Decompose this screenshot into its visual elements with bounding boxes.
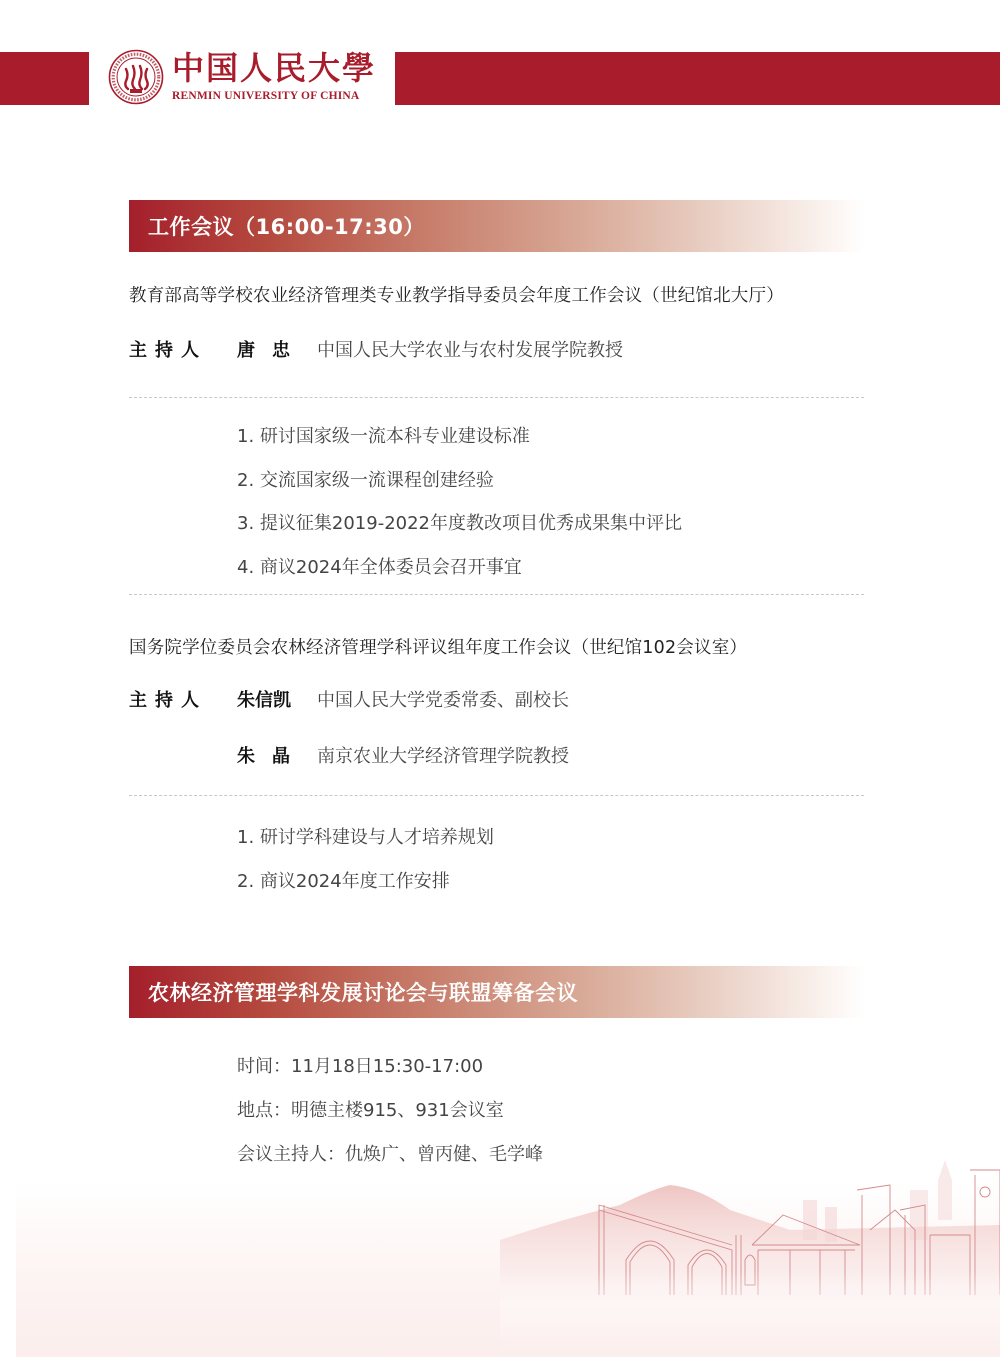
host-name: 唐忠 [237,336,317,362]
meeting-title: 国务院学位委员会农林经济管理学科评议组年度工作会议（世纪馆102会议室） [129,634,747,659]
meeting-title: 教育部高等学校农业经济管理类专业教学指导委员会年度工作会议（世纪馆北大厅） [129,282,784,307]
meeting-hosts: 会议主持人：仇焕广、曾丙健、毛学峰 [237,1140,543,1166]
host-description: 中国人民大学党委常委、副校长 [317,686,569,712]
host-name: 朱信凯 [237,686,317,712]
campus-skyline-illustration [500,1150,1000,1357]
section-title: 工作会议（16:00-17:30） [148,211,425,241]
section-title: 农林经济管理学科发展讨论会与联盟筹备会议 [148,977,578,1007]
host-row: 朱晶 南京农业大学经济管理学院教授 [129,742,569,768]
agenda-item: 2. 商议2024年度工作安排 [237,867,450,893]
header-bar-left [0,52,89,105]
agenda-item: 3. 提议征集2019-2022年度教改项目优秀成果集中评比 [237,509,682,535]
university-logo: 中国人民大學 RENMIN UNIVERSITY OF CHINA [108,46,378,110]
section-banner-discussion: 农林经济管理学科发展讨论会与联盟筹备会议 [129,966,864,1018]
host-description: 中国人民大学农业与农村发展学院教授 [317,336,623,362]
host-label: 主持人 [129,336,237,362]
agenda-item: 1. 研讨学科建设与人才培养规划 [237,823,494,849]
logo-chinese-name: 中国人民大學 [172,50,376,86]
meeting-location: 地点：明德主楼915、931会议室 [237,1096,504,1122]
dashed-divider [129,795,864,796]
agenda-item: 4. 商议2024年全体委员会召开事宜 [237,553,522,579]
host-row: 主持人 唐忠 中国人民大学农业与农村发展学院教授 [129,336,623,362]
agenda-item: 1. 研讨国家级一流本科专业建设标准 [237,422,530,448]
dashed-divider [129,397,864,398]
host-description: 南京农业大学经济管理学院教授 [317,742,569,768]
logo-english-name: RENMIN UNIVERSITY OF CHINA [172,90,359,102]
host-row: 主持人 朱信凯 中国人民大学党委常委、副校长 [129,686,569,712]
host-name: 朱晶 [237,742,317,768]
meeting-time: 时间：11月18日15:30-17:00 [237,1052,483,1078]
section-banner-work-meeting: 工作会议（16:00-17:30） [129,200,864,252]
host-label: 主持人 [129,686,237,712]
agenda-item: 2. 交流国家级一流课程创建经验 [237,466,494,492]
university-seal-icon [108,49,164,105]
header-bar-right [395,52,1000,105]
dashed-divider [129,594,864,595]
